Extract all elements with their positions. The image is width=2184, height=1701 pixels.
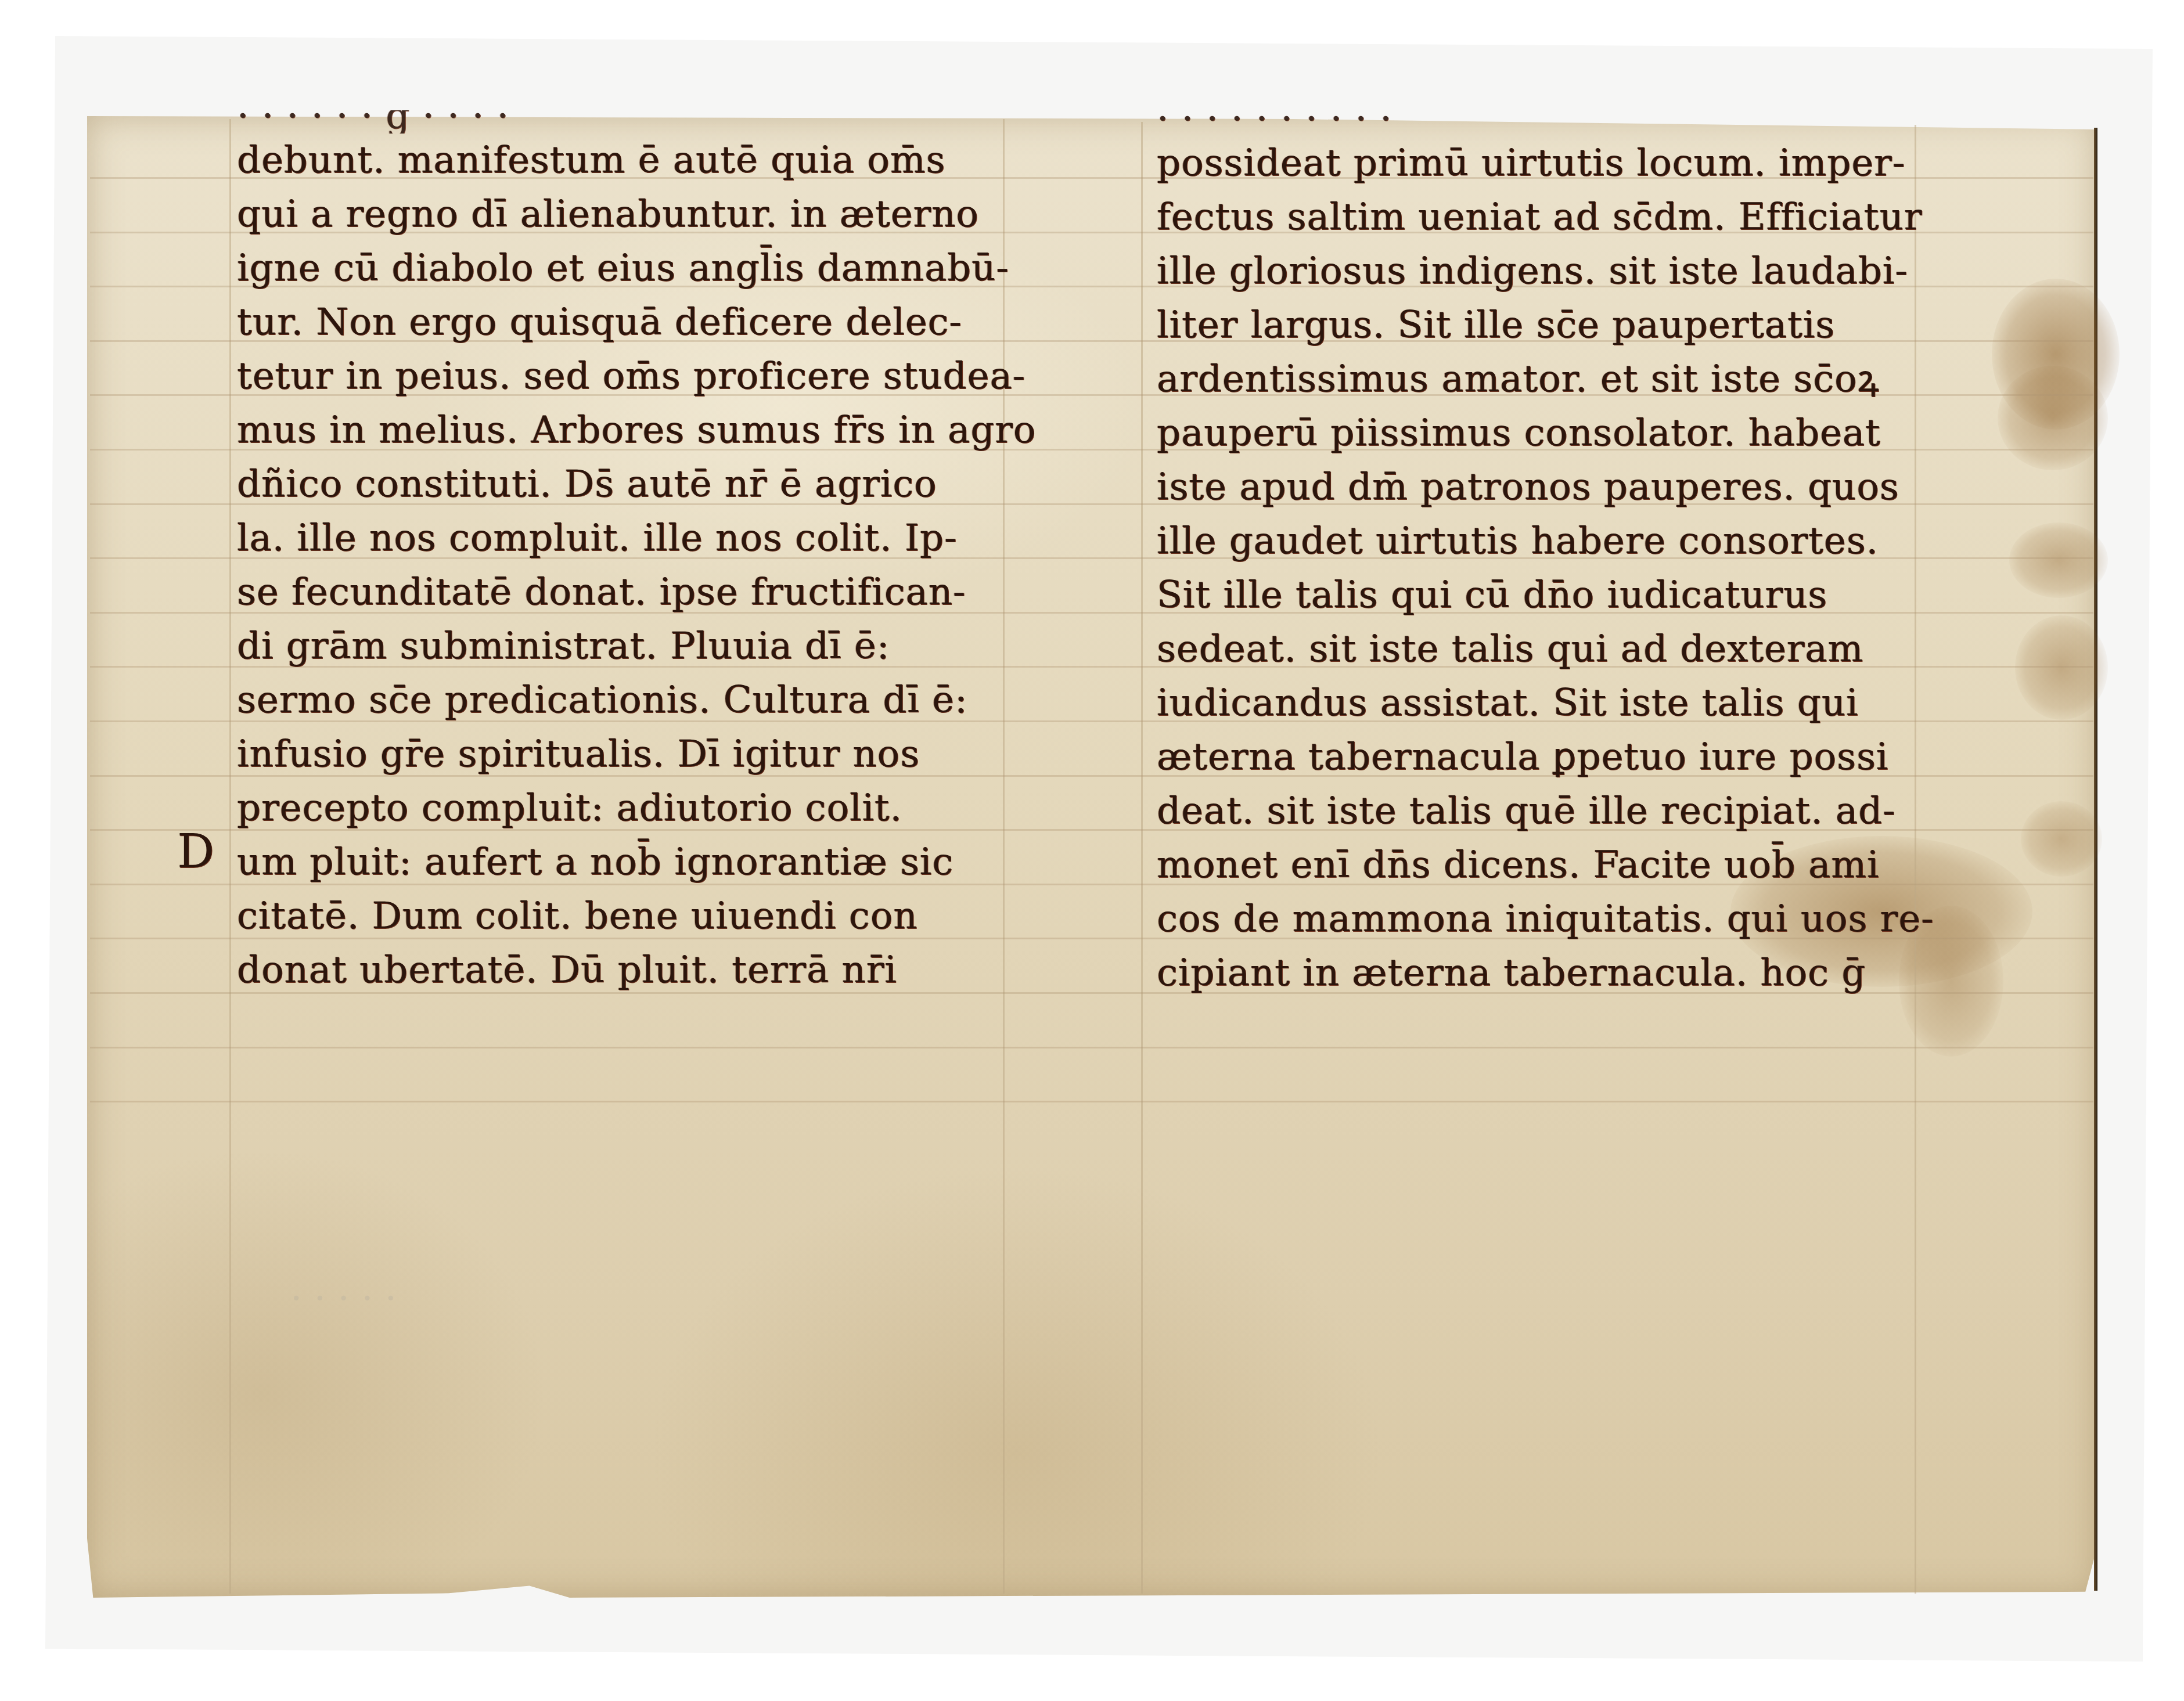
ruling-line	[90, 1047, 2093, 1048]
left-column-cut-line: · · · · · · g · · · ·	[237, 110, 509, 134]
right-line-6: pauperū piissimus consolator. habeat	[1157, 406, 1881, 460]
left-line-14: um pluit: aufert a nob̄ ignorantiæ sic	[237, 835, 954, 889]
left-line-3: igne cū diabolo et eius angl̄is damnabū-	[237, 242, 1009, 295]
right-line-8: ille gaudet uirtutis habere consortes.	[1157, 514, 1879, 568]
right-line-11: iudicandus assistat. Sit iste talis qui	[1157, 676, 1858, 730]
stain-right-4	[2021, 801, 2102, 877]
marginal-guide-letter: D	[177, 824, 214, 878]
left-line-1: debunt. manifestum ē autē quia om̄s	[237, 134, 945, 188]
right-line-10: sedeat. sit iste talis qui ad dexteram	[1157, 622, 1863, 676]
right-line-5: ardentissimus amator. et sit iste sc̄oꝝ	[1157, 352, 1880, 406]
right-line-7: iste apud dm̄ patronos pauperes. quos	[1157, 460, 1899, 514]
left-line-13: precepto compluit: adiutorio colit.	[237, 781, 902, 835]
left-line-15: citatē. Dum colit. bene uiuendi con	[237, 889, 918, 943]
right-line-1: possideat primū uirtutis locum. imper-	[1157, 136, 1905, 190]
left-line-6: mus in melius. Arbores sumus fr̄s in agr…	[237, 403, 1036, 457]
stain-right-2	[2009, 522, 2108, 598]
ruling-line	[90, 1101, 2093, 1102]
left-line-4: tur. Non ergo quisquā deficere delec-	[237, 295, 962, 349]
left-line-16: donat ubertatē. Dū pluit. terrā nr̄i	[237, 943, 897, 997]
right-line-14: monet enī dn̄s dicens. Facite uob̄ ami	[1157, 838, 1879, 892]
right-column-cut-line: · · · · · · · · · ·	[1157, 113, 1393, 136]
left-line-8: la. ille nos compluit. ille nos colit. I…	[237, 511, 958, 565]
right-line-13: deat. sit iste talis quē ille recipiat. …	[1157, 784, 1896, 838]
left-line-2: qui a regno dī alienabuntur. in æterno	[237, 188, 979, 242]
right-line-15: cos de mammona iniquitatis. qui uos re-	[1157, 892, 1934, 946]
show-through-text: · · · · ·	[290, 1277, 397, 1320]
ruling-right-inner	[1141, 122, 1143, 1594]
left-line-5: tetur in peius. sed om̄s proficere stude…	[237, 349, 1026, 403]
right-line-2: fectus saltim ueniat ad sc̄dm. Efficiatu…	[1157, 190, 1922, 244]
right-line-16: cipiant in æterna tabernacula. hoc ḡ	[1157, 946, 1866, 1000]
stain-right-3	[2015, 615, 2108, 720]
right-line-3: ille gloriosus indigens. sit iste laudab…	[1157, 244, 1908, 298]
left-line-11: sermo sc̄e predicationis. Cultura dī ē:	[237, 673, 968, 727]
left-line-10: di grām subministrat. Pluuia dī ē:	[237, 619, 890, 673]
right-line-4: liter largus. Sit ille sc̄e paupertatis	[1157, 298, 1835, 352]
right-line-12: æterna tabernacula ꝑpetuo iure possi	[1157, 730, 1888, 784]
left-line-9: se fecunditatē donat. ipse fructifican-	[237, 565, 966, 619]
ruling-right-outer	[1915, 125, 1916, 1594]
right-line-9: Sit ille talis qui cū dn̄o iudicaturus	[1157, 568, 1827, 622]
stain-right-1	[1998, 366, 2108, 470]
left-line-7: dñico constituti. Ds̄ autē nr̄ ē agrico	[237, 457, 937, 511]
left-line-12: infusio gr̄e spiritualis. Dī igitur nos	[237, 727, 920, 781]
